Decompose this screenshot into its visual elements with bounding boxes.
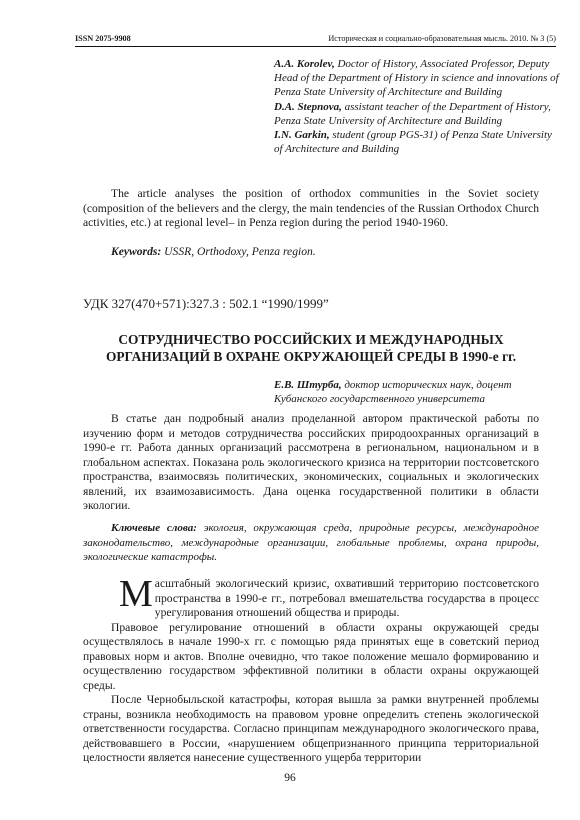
title-line: СОТРУДНИЧЕСТВО РОССИЙСКИХ И МЕЖДУНАРОДНЫ… [83,331,539,348]
udk-code: УДК 327(470+571):327.3 : 502.1 “1990/199… [83,296,329,312]
author-russian: Е.В. Штурба, доктор исторических наук, д… [274,378,559,406]
author-entry: I.N. Garkin, student (group PGS-31) of P… [274,128,559,156]
article-body: Масштабный экологический кризис, охватив… [83,577,539,766]
keywords-english: Keywords: USSR, Orthodoxy, Penza region. [83,245,539,260]
abstract-russian: В статье дан подробный анализ проделанно… [83,412,539,514]
paragraph: Масштабный экологический кризис, охватив… [83,577,539,621]
author-entry: D.A. Stepnova, assistant teacher of the … [274,100,559,128]
article-title: СОТРУДНИЧЕСТВО РОССИЙСКИХ И МЕЖДУНАРОДНЫ… [83,331,539,365]
authors-english: A.A. Korolev, Doctor of History, Associa… [274,57,559,156]
issn: ISSN 2075-9908 [75,34,131,43]
author-entry: A.A. Korolev, Doctor of History, Associa… [274,57,559,100]
paragraph: После Чернобыльской катастрофы, которая … [83,693,539,766]
keywords-russian: Ключевые слова: экология, окружающая сре… [83,521,539,565]
abstract-russian-text: В статье дан подробный анализ проделанно… [83,412,539,514]
author-name: I.N. Garkin, [274,129,330,141]
author-name: A.A. Korolev, [274,58,335,70]
drop-cap: М [119,579,153,609]
author-name: D.A. Stepnova, [274,101,342,113]
author-name: Е.В. Штурба, [274,379,342,391]
keywords-text: USSR, Orthodoxy, Penza region. [161,245,315,258]
journal-title: Историческая и социально-образовательная… [328,34,556,43]
abstract-english-text: The article analyses the position of ort… [83,187,539,231]
abstract-english: The article analyses the position of ort… [83,187,539,231]
paragraph: Правовое регулирование отношений в облас… [83,621,539,694]
keywords-label: Ключевые слова: [111,522,197,534]
page-number: 96 [0,772,580,784]
running-header: ISSN 2075-9908 Историческая и социально-… [75,34,556,47]
title-line: ОРГАНИЗАЦИЙ В ОХРАНЕ ОКРУЖАЮЩЕЙ СРЕДЫ В … [83,348,539,365]
keywords-label: Keywords: [111,245,161,258]
paragraph-text: асштабный экологический кризис, охвативш… [155,577,539,619]
